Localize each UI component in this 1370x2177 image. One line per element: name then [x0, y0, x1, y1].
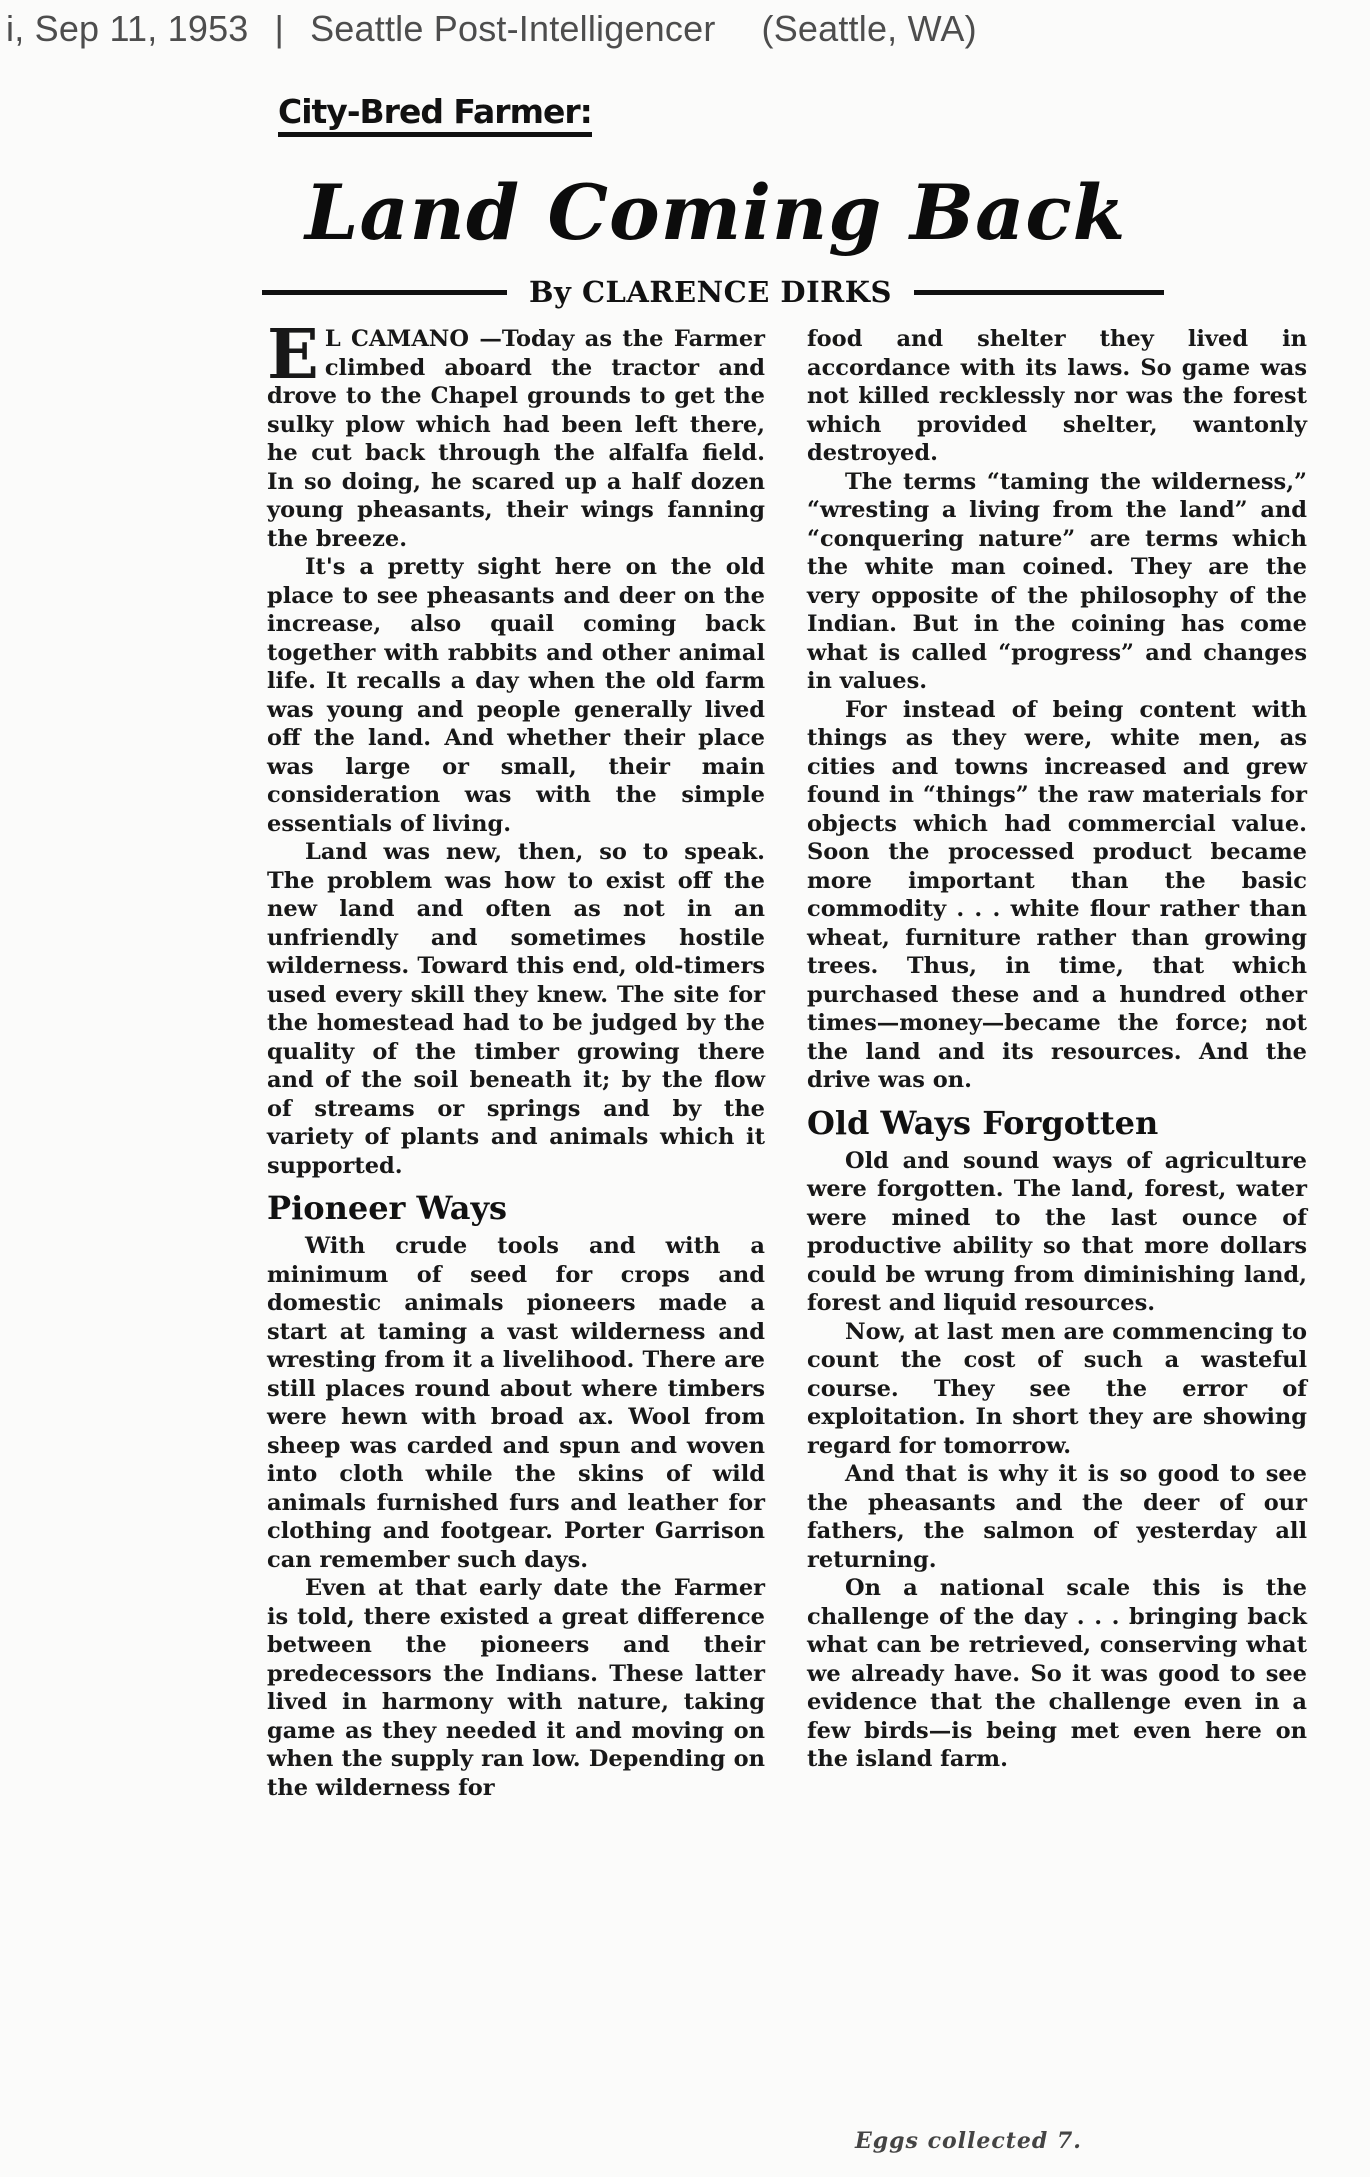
publication-location: (Seattle, WA): [762, 8, 977, 49]
article-byline: By CLARENCE DIRKS: [529, 275, 892, 309]
header-separator: |: [275, 8, 285, 49]
article-kicker: City-Bred Farmer:: [278, 92, 592, 137]
article-paragraph: With crude tools and with a minimum of s…: [267, 1232, 765, 1574]
article-paragraph: On a national scale this is the challeng…: [807, 1574, 1307, 1774]
article-column-right: food and shelter they lived in accordanc…: [807, 325, 1307, 1774]
clipping-source-header: i, Sep 11, 1953|Seattle Post-Intelligenc…: [6, 8, 1370, 50]
article-paragraph: And that is why it is so good to see the…: [807, 1460, 1307, 1574]
article-paragraph: The terms “taming the wilderness,” “wres…: [807, 468, 1307, 696]
article-paragraph: It's a pretty sight here on the old plac…: [267, 553, 765, 838]
drop-cap: E: [267, 327, 319, 383]
article-paragraph: Now, at last men are commencing to count…: [807, 1318, 1307, 1461]
article-footnote: Eggs collected 7.: [855, 2128, 1082, 2154]
article-paragraph: EL CAMANO —Today as the Farmer climbed a…: [267, 325, 765, 553]
section-subhead-old-ways-forgotten: Old Ways Forgotten: [807, 1103, 1307, 1143]
byline-row: By CLARENCE DIRKS: [262, 275, 1352, 309]
byline-rule-right: [914, 290, 1164, 295]
article-headline: Land Coming Back: [305, 168, 1305, 258]
article-paragraph: Old and sound ways of agriculture were f…: [807, 1147, 1307, 1318]
article-paragraph: Even at that early date the Farmer is to…: [267, 1574, 765, 1802]
article-paragraph: Land was new, then, so to speak. The pro…: [267, 838, 765, 1180]
article-column-left: EL CAMANO —Today as the Farmer climbed a…: [267, 325, 765, 1802]
article-paragraph: food and shelter they lived in accordanc…: [807, 325, 1307, 468]
section-subhead-pioneer-ways: Pioneer Ways: [267, 1188, 765, 1228]
publication-date: i, Sep 11, 1953: [6, 8, 249, 49]
publication-name: Seattle Post-Intelligencer: [310, 8, 715, 49]
article-paragraph: For instead of being content with things…: [807, 696, 1307, 1095]
byline-rule-left: [262, 290, 507, 295]
